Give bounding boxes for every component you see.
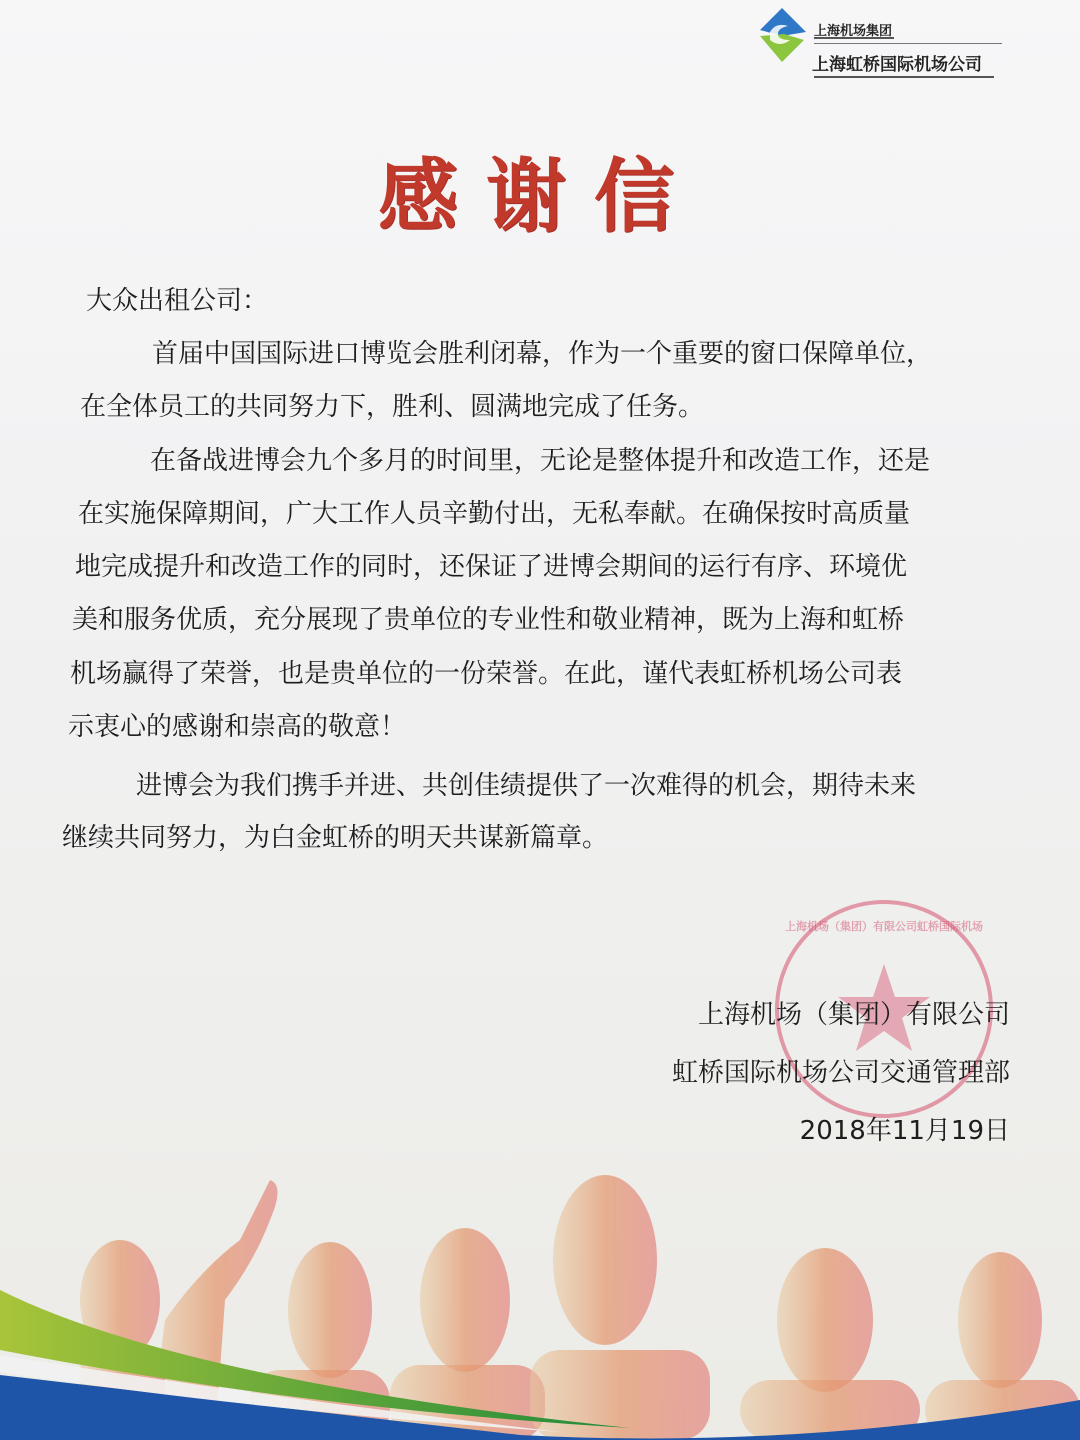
body-line: 首届中国国际进口博览会胜利闭幕，作为一个重要的窗口保障单位，	[152, 333, 932, 370]
salutation: 大众出租公司：	[86, 280, 268, 317]
logo-divider	[814, 43, 1002, 44]
company-name: 上海虹桥国际机场公司	[812, 50, 982, 75]
body-line: 在备战进博会九个多月的时间里，无论是整体提升和改造工作，还是	[150, 440, 930, 477]
body-line: 在实施保障期间，广大工作人员辛勤付出，无私奉献。在确保按时高质量	[78, 493, 910, 530]
body-line: 地完成提升和改造工作的同时，还保证了进博会期间的运行有序、环境优	[75, 546, 907, 583]
group-name-english	[814, 37, 894, 39]
company-logo: 上海机场集团 上海虹桥国际机场公司	[756, 6, 1006, 86]
airport-logo-icon	[756, 6, 808, 64]
signature-date: 2018年11月19日	[800, 1110, 1010, 1147]
body-line: 继续共同努力，为白金虹桥的明天共谋新篇章。	[62, 817, 608, 854]
signature-org-line2: 虹桥国际机场公司交通管理部	[672, 1052, 1010, 1089]
signature-org-line1: 上海机场（集团）有限公司	[698, 994, 1010, 1031]
body-line: 机场赢得了荣誉，也是贵单位的一份荣誉。在此，谨代表虹桥机场公司表	[70, 653, 902, 690]
body-line: 美和服务优质，充分展现了贵单位的专业性和敬业精神，既为上海和虹桥	[72, 599, 904, 636]
seal-text: 上海机场（集团）有限公司虹桥国际机场	[779, 918, 989, 934]
body-line: 在全体员工的共同努力下，胜利、圆满地完成了任务。	[80, 386, 704, 423]
letter-title: 感谢信	[0, 132, 1080, 247]
footer-silhouette-banner	[0, 1150, 1080, 1440]
company-name-english	[814, 76, 994, 78]
body-line: 进博会为我们携手并进、共创佳绩提供了一次难得的机会，期待未来	[136, 765, 916, 802]
thank-you-letter: 上海机场集团 上海虹桥国际机场公司 感谢信 大众出租公司： 首届中国国际进口博览…	[0, 0, 1080, 1440]
body-line: 示衷心的感谢和崇高的敬意！	[68, 706, 406, 743]
